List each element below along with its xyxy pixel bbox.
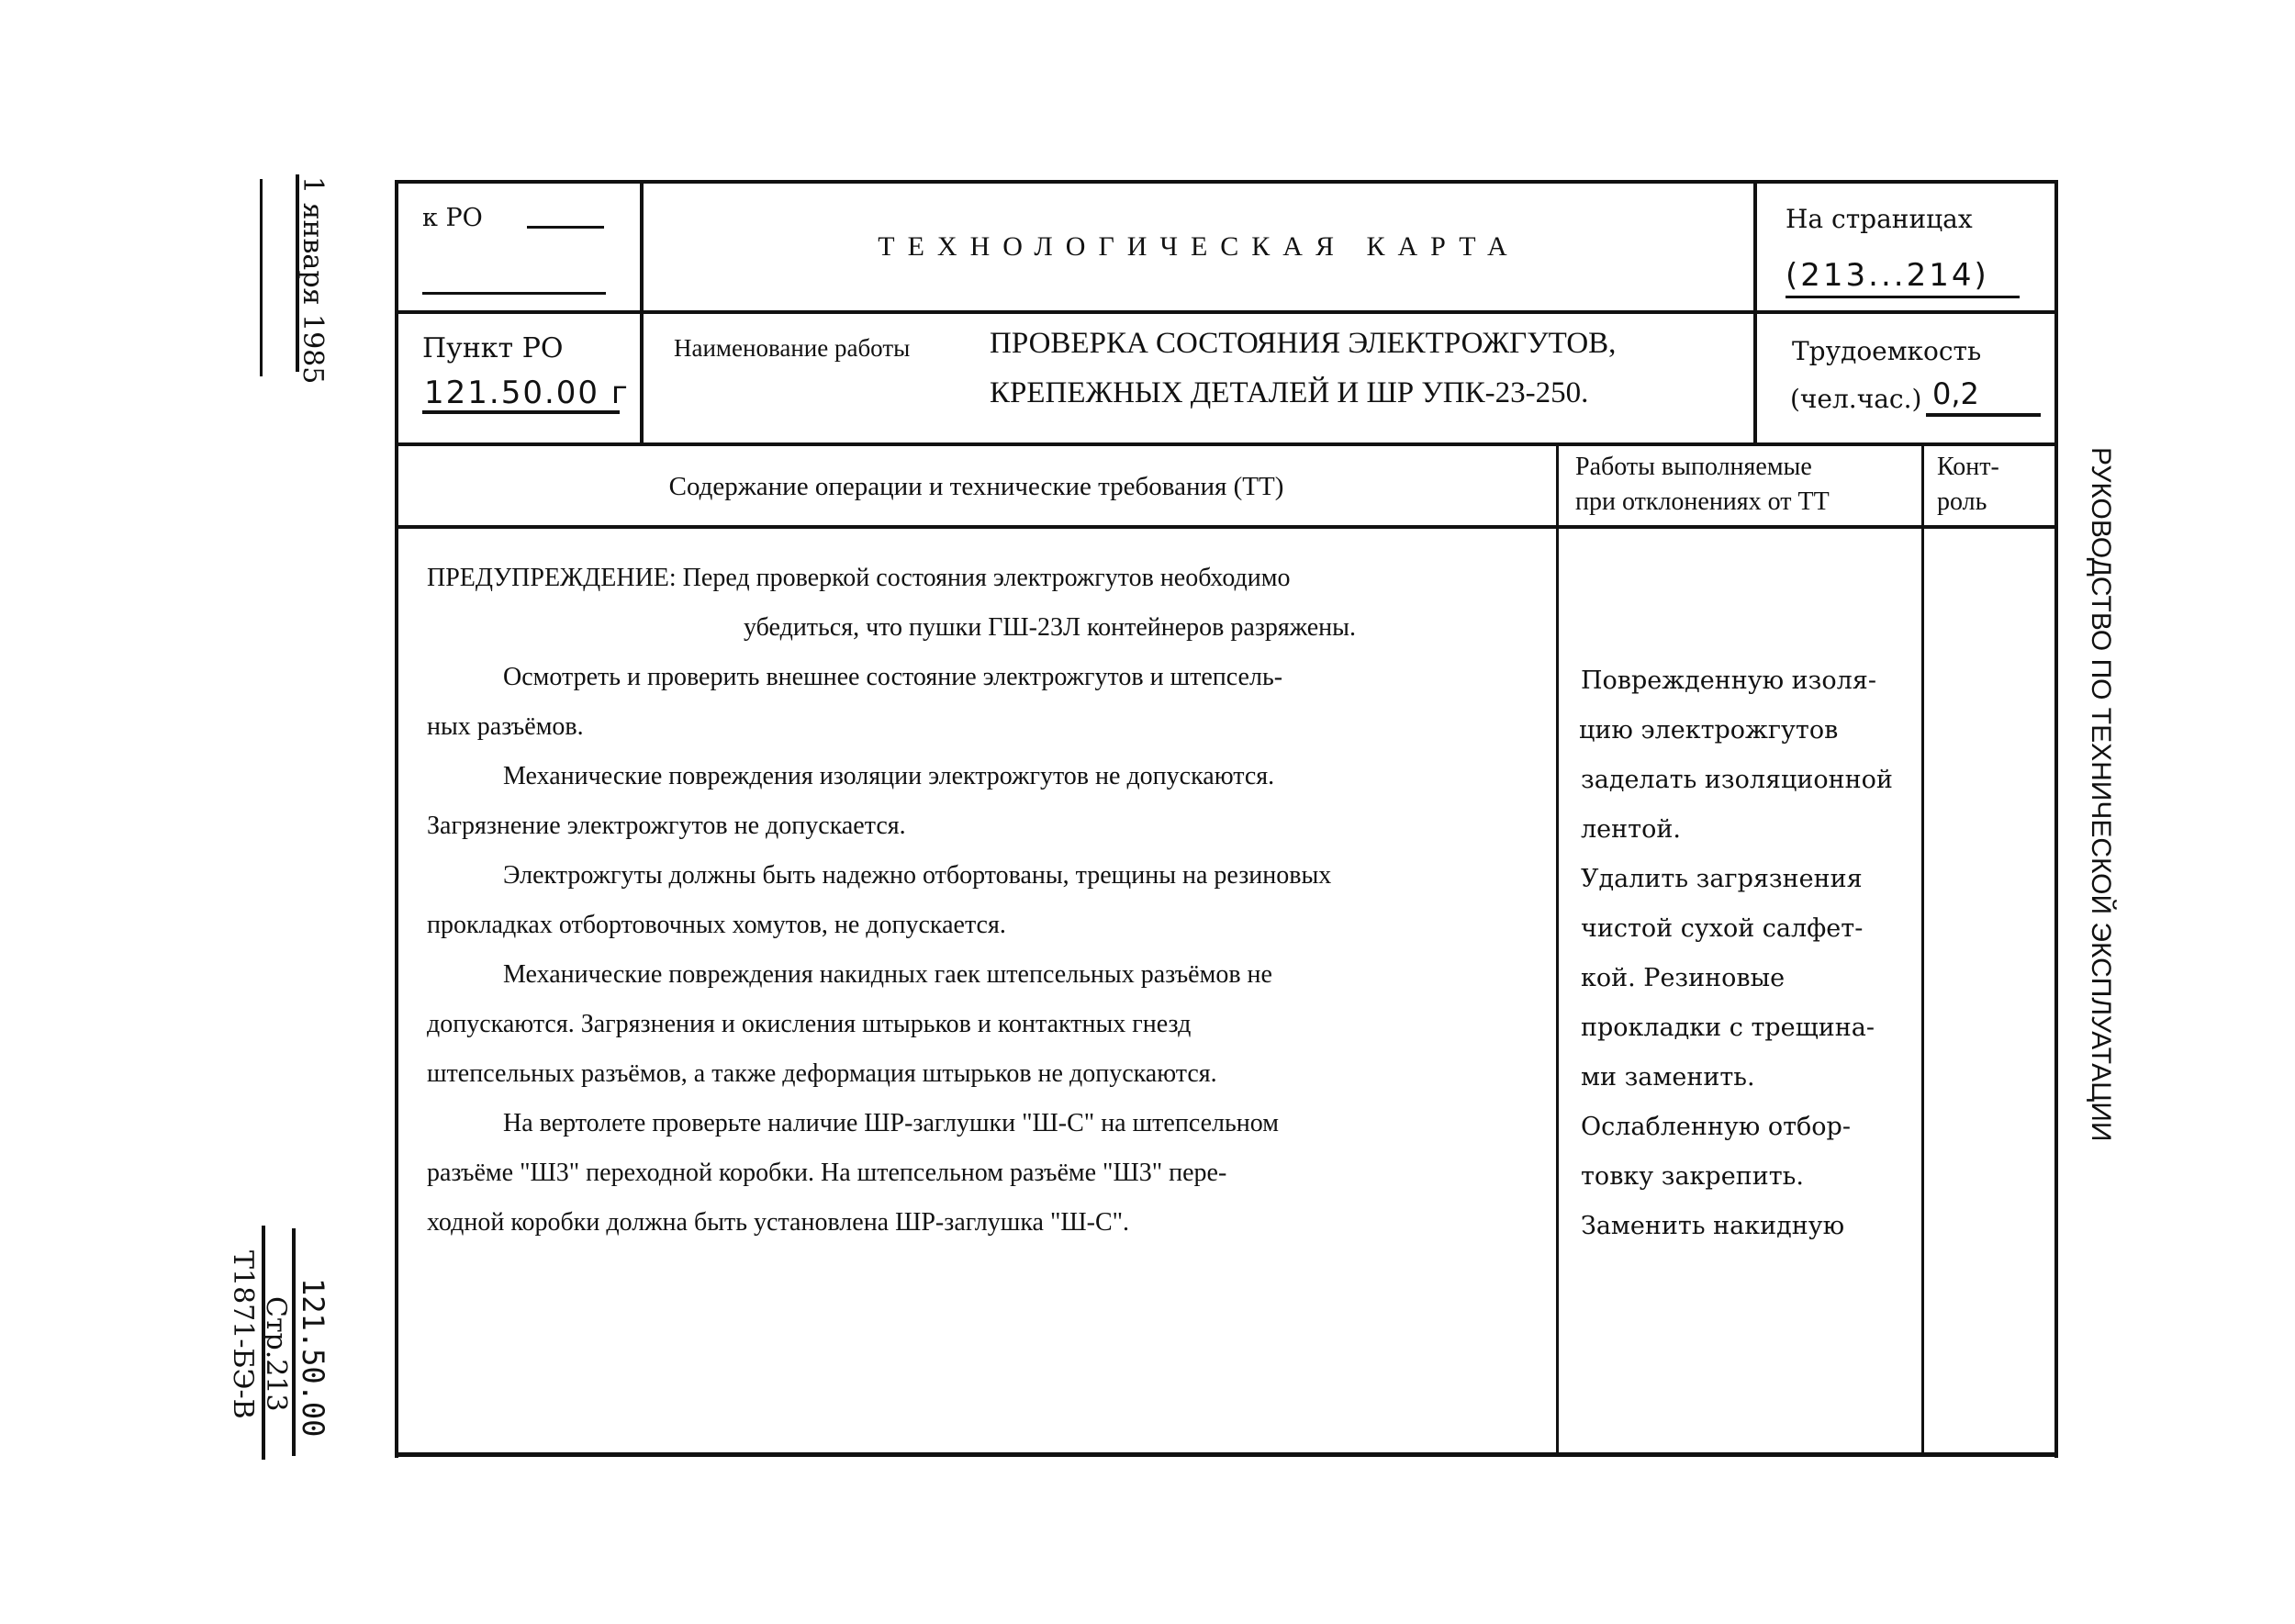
deviation-line: ми заменить.: [1581, 1063, 1755, 1092]
k-ro-blank-line: [527, 226, 604, 229]
labor-value: 0,2: [1932, 376, 1979, 411]
margin-rule-outer: [260, 179, 263, 376]
margin-date: 1 января 1985: [297, 176, 329, 384]
pages-label: На страницах: [1786, 204, 1973, 234]
deviation-line: прокладки с трещина-: [1581, 1014, 1875, 1042]
punkt-ro-underline: [422, 410, 620, 414]
margin-doc-code: 121.50.00: [296, 1278, 330, 1437]
content-line: разъёме "Ш3" переходной коробки. На штеп…: [427, 1159, 1226, 1188]
deviation-line: кой. Резиновые: [1581, 964, 1785, 992]
column-header-content: Содержание операции и технические требов…: [395, 445, 1558, 528]
deviation-line: Ослабленную отбор-: [1581, 1113, 1851, 1141]
content-line: Механические повреждения накидных гаек ш…: [503, 960, 1272, 990]
labor-label: Трудоемкость: [1792, 336, 1981, 366]
table-bottom-border: [395, 1452, 2058, 1457]
deviation-line: Поврежденную изоля-: [1581, 666, 1876, 695]
content-line: убедиться, что пушки ГШ-23Л контейнеров …: [744, 613, 1356, 643]
pages-underline: [1786, 296, 2020, 298]
work-name-label: Наименование работы: [674, 334, 910, 363]
deviation-line: товку закрепить.: [1581, 1162, 1804, 1191]
labor-underline: [1926, 413, 2041, 417]
content-line: ходной коробки должна быть установлена Ш…: [427, 1208, 1129, 1238]
punkt-ro-value: 121.50.00 г: [424, 375, 630, 411]
content-line: Механические повреждения изоляции электр…: [503, 762, 1274, 791]
content-line: На вертолете проверьте наличие ШР-заглуш…: [503, 1109, 1279, 1138]
body-col-divider-2: [1921, 444, 1924, 1454]
column-header-deviation-line2: при отклонениях от ТТ: [1575, 485, 1830, 520]
deviation-line: цию электрожгутов: [1579, 716, 1838, 745]
deviation-line: заделать изоляционной: [1581, 766, 1893, 794]
deviation-line: лентой.: [1581, 815, 1681, 844]
manual-title: РУКОВОДСТВО ПО ТЕХНИЧЕСКОЙ ЭКСПЛУАТАЦИИ: [2085, 447, 2116, 1141]
body-col-divider-1: [1556, 444, 1559, 1454]
content-line: ПРЕДУПРЕЖДЕНИЕ: Перед проверкой состояни…: [427, 564, 1291, 593]
content-line: Электрожгуты должны быть надежно отборто…: [503, 861, 1331, 890]
work-name-line2: КРЕПЕЖНЫХ ДЕТАЛЕЙ И ШР УПК-23-250.: [990, 376, 1588, 410]
content-line: Загрязнение электрожгутов не допускается…: [427, 812, 906, 841]
punkt-ro-label: Пункт РО: [422, 332, 563, 364]
margin-doc-number: Т1871-БЭ-В: [227, 1250, 259, 1419]
table-right-border: [2054, 180, 2058, 1458]
k-ro-label: к РО: [422, 204, 483, 232]
k-ro-blank-line-2: [422, 292, 606, 295]
column-header-control-line1: Конт-: [1937, 450, 1999, 485]
column-header-control: Конт- роль: [1937, 450, 1999, 520]
margin-page-number: Стр.213: [260, 1296, 292, 1412]
column-header-control-line2: роль: [1937, 485, 1999, 520]
content-line: прокладках отбортовочных хомутов, не доп…: [427, 911, 1006, 940]
column-header-deviation-line1: Работы выполняемые: [1575, 450, 1830, 485]
labor-unit: (чел.час.): [1790, 384, 1921, 414]
card-title: ТЕХНОЛОГИЧЕСКАЯ КАРТА: [643, 181, 1755, 312]
deviation-line: Удалить загрязнения: [1581, 865, 1863, 893]
table-left-border: [395, 180, 398, 1458]
content-line: Осмотреть и проверить внешнее состояние …: [503, 663, 1282, 692]
pages-value: (213...214): [1786, 257, 1989, 294]
deviation-line: чистой сухой салфет-: [1581, 914, 1863, 943]
deviation-line: Заменить накидную: [1581, 1212, 1844, 1240]
content-line: ных разъёмов.: [427, 712, 584, 742]
content-line: штепсельных разъёмов, а также деформация…: [427, 1059, 1217, 1089]
column-header-deviation: Работы выполняемые при отклонениях от ТТ: [1575, 450, 1830, 520]
work-name-line1: ПРОВЕРКА СОСТОЯНИЯ ЭЛЕКТРОЖГУТОВ,: [990, 327, 1616, 361]
content-line: допускаются. Загрязнения и окисления шты…: [427, 1010, 1191, 1039]
